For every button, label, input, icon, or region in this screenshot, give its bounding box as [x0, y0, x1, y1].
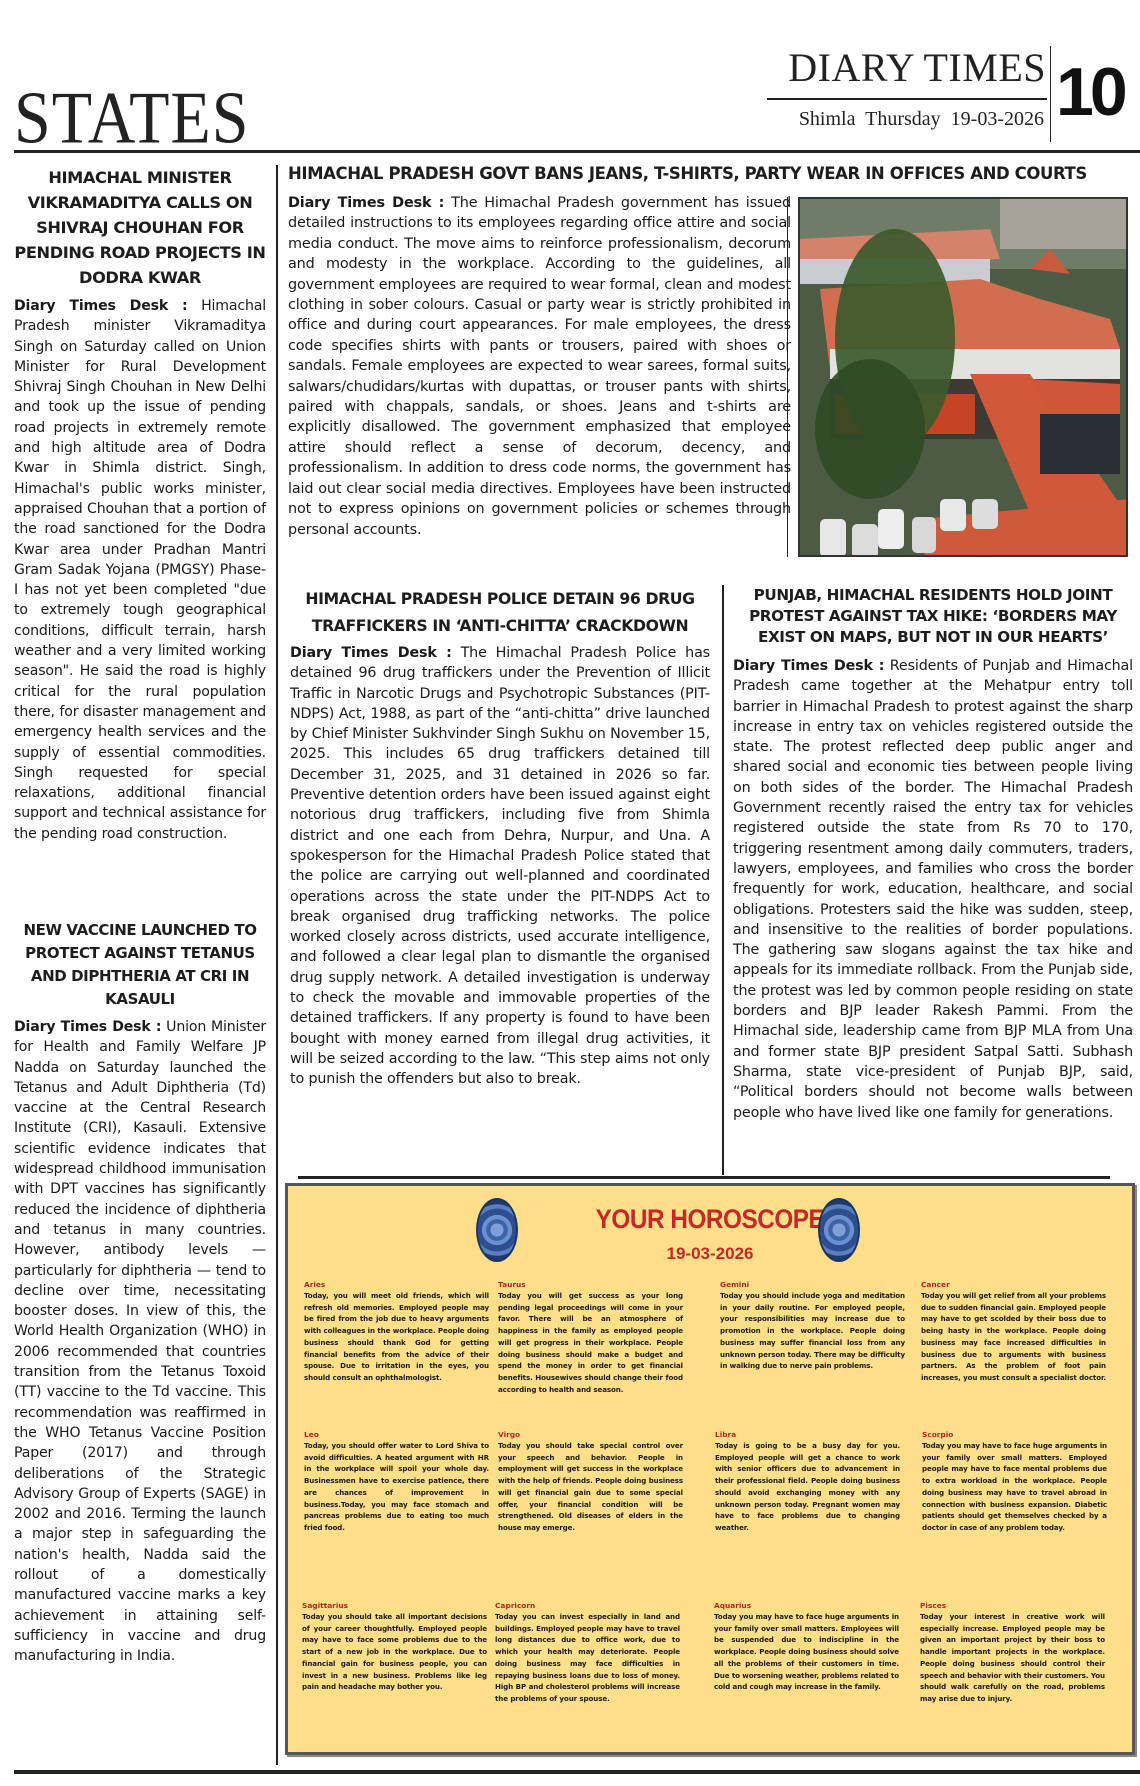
article-text: Residents of Punjab and Himachal Pradesh… [733, 658, 1133, 1121]
column-divider-middle [722, 585, 724, 1175]
horoscope-sign-aries: Aries Today, you will meet old friends, … [304, 1279, 489, 1384]
horoscope-sign-virgo: Virgo Today you should take special cont… [498, 1429, 683, 1534]
article-byline: Diary Times Desk : [733, 658, 884, 674]
sign-text: Today your interest in creative work wil… [920, 1611, 1105, 1705]
article-body: Diary Times Desk : The Himachal Pradesh … [288, 193, 791, 540]
sign-name: Cancer [921, 1279, 1106, 1290]
article-punjab-himachal-protest: PUNJAB, HIMACHAL RESIDENTS HOLD JOINT PR… [733, 585, 1133, 1123]
zodiac-wheel-icon [818, 1198, 860, 1262]
article-td-vaccine-kasauli: NEW VACCINE LAUNCHED TO PROTECT AGAINST … [14, 919, 266, 1667]
horoscope-sign-scorpio: Scorpio Today you may have to face huge … [922, 1429, 1107, 1534]
article-byline: Diary Times Desk : [14, 1019, 161, 1035]
section-title: STATES [14, 82, 249, 156]
sign-text: Today you should take all important deci… [302, 1611, 487, 1693]
dateline-day: Thursday [865, 108, 941, 130]
horoscope-sign-taurus: Taurus Today you will get success as you… [498, 1279, 683, 1395]
masthead-vertical-divider [1050, 46, 1051, 142]
article-headline: HIMACHAL MINISTER VIKRAMADITYA CALLS ON … [14, 165, 266, 290]
horoscope-sign-leo: Leo Today, you should offer water to Lor… [304, 1429, 489, 1534]
footer-rule [14, 1770, 1140, 1774]
article-body: Diary Times Desk : Residents of Punjab a… [733, 656, 1133, 1123]
article-headline: PUNJAB, HIMACHAL RESIDENTS HOLD JOINT PR… [733, 585, 1133, 648]
building-photo-illustration [800, 199, 1128, 557]
horoscope-sign-gemini: Gemini Today you should include yoga and… [720, 1279, 905, 1372]
masthead-divider [767, 98, 1047, 100]
article-body: Diary Times Desk : The Himachal Pradesh … [290, 643, 710, 1090]
newspaper-name: DIARY TIMES [788, 48, 1046, 88]
page-number: 10 [1056, 58, 1124, 126]
dateline: Shimla Thursday 19-03-2026 [799, 108, 1044, 131]
sign-name: Scorpio [922, 1429, 1107, 1440]
horoscope-sign-aquarius: Aquarius Today you may have to face huge… [714, 1600, 899, 1693]
horoscope-sign-sagittarius: Sagittarius Today you should take all im… [302, 1600, 487, 1693]
sign-text: Today is going to be a busy day for you.… [715, 1440, 900, 1534]
sign-text: Today, you should offer water to Lord Sh… [304, 1440, 489, 1534]
sign-name: Libra [715, 1429, 900, 1440]
article-byline: Diary Times Desk : [288, 195, 444, 211]
article-text: Union Minister for Health and Family Wel… [14, 1019, 266, 1664]
article-vikramaditya-dodra-kwar: HIMACHAL MINISTER VIKRAMADITYA CALLS ON … [14, 165, 266, 844]
sign-name: Taurus [498, 1279, 683, 1290]
sign-text: Today you can invest especially in land … [495, 1611, 680, 1705]
sign-text: Today you should take special control ov… [498, 1440, 683, 1534]
sign-name: Virgo [498, 1429, 683, 1440]
article-headline: HIMACHAL PRADESH GOVT BANS JEANS, T-SHIR… [288, 163, 1124, 185]
sign-text: Today you will get success as your long … [498, 1290, 683, 1395]
article-text: The Himachal Pradesh government has issu… [288, 195, 791, 538]
article-headline: HIMACHAL PRADESH POLICE DETAIN 96 DRUG T… [290, 585, 710, 639]
horoscope-header: YOUR HOROSCOPE 19-03-2026 [288, 1194, 1132, 1284]
article-body: Diary Times Desk : Himachal Pradesh mini… [14, 296, 266, 844]
horoscope-title: YOUR HOROSCOPE [330, 1204, 1090, 1235]
sign-name: Pisces [920, 1600, 1105, 1611]
article-text: Himachal Pradesh minister Vikramaditya S… [14, 298, 266, 842]
article-anti-chitta-crackdown: HIMACHAL PRADESH POLICE DETAIN 96 DRUG T… [290, 585, 710, 1090]
horoscope-sign-pisces: Pisces Today your interest in creative w… [920, 1600, 1105, 1705]
sign-name: Gemini [720, 1279, 905, 1290]
sign-text: Today you may have to face huge argument… [714, 1611, 899, 1693]
sign-text: Today you will get relief from all your … [921, 1290, 1106, 1384]
horoscope-sign-capricorn: Capricorn Today you can invest especiall… [495, 1600, 680, 1705]
article-photo [798, 197, 1128, 557]
dateline-date: 19-03-2026 [951, 108, 1044, 130]
article-body: Diary Times Desk : Union Minister for He… [14, 1017, 266, 1667]
article-headline: NEW VACCINE LAUNCHED TO PROTECT AGAINST … [14, 919, 266, 1011]
sign-name: Aries [304, 1279, 489, 1290]
horoscope-date: 19-03-2026 [288, 1244, 1132, 1264]
sign-name: Sagittarius [302, 1600, 487, 1611]
sign-text: Today you should include yoga and medita… [720, 1290, 905, 1372]
sign-name: Capricorn [495, 1600, 680, 1611]
sign-name: Leo [304, 1429, 489, 1440]
article-text: The Himachal Pradesh Police has detained… [290, 645, 710, 1087]
horoscope-sign-cancer: Cancer Today you will get relief from al… [921, 1279, 1106, 1384]
dateline-city: Shimla [799, 108, 856, 130]
sign-text: Today, you will meet old friends, which … [304, 1290, 489, 1384]
sign-name: Aquarius [714, 1600, 899, 1611]
article-byline: Diary Times Desk : [290, 645, 452, 661]
sign-text: Today you may have to face huge argument… [922, 1440, 1107, 1534]
column-divider-left [276, 165, 278, 1765]
horoscope-panel: YOUR HOROSCOPE 19-03-2026 Aries Today, y… [285, 1183, 1135, 1755]
header-rule [14, 150, 1140, 153]
section-rule [298, 1176, 1110, 1179]
article-byline: Diary Times Desk : [14, 298, 188, 314]
horoscope-sign-libra: Libra Today is going to be a busy day fo… [715, 1429, 900, 1534]
